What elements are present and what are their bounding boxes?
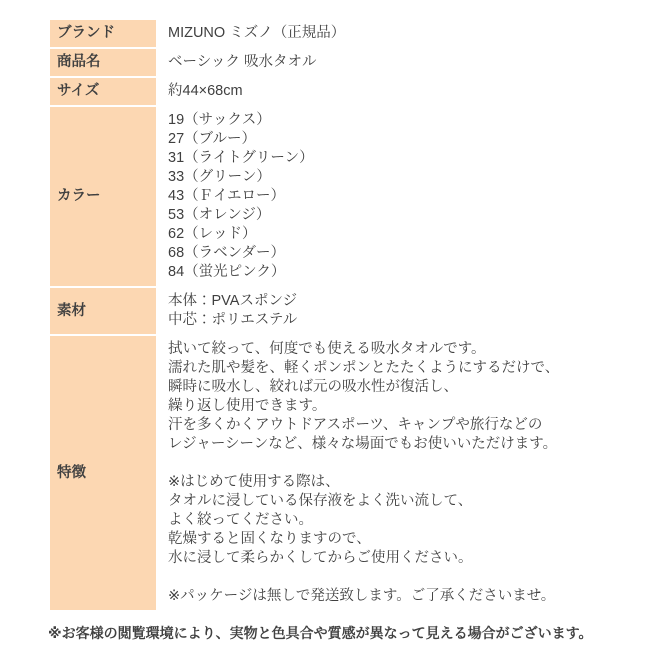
- spec-row: ブランドMIZUNO ミズノ（正規品）: [50, 20, 598, 47]
- spec-row-label: サイズ: [50, 78, 156, 105]
- spec-table-body: ブランドMIZUNO ミズノ（正規品）商品名ベーシック 吸水タオルサイズ約44×…: [50, 20, 598, 610]
- spec-row-value: MIZUNO ミズノ（正規品）: [158, 20, 598, 47]
- spec-row-label: 特徴: [50, 336, 156, 610]
- spec-row: サイズ約44×68cm: [50, 78, 598, 105]
- product-spec-table: ブランドMIZUNO ミズノ（正規品）商品名ベーシック 吸水タオルサイズ約44×…: [48, 18, 600, 612]
- spec-row-label: ブランド: [50, 20, 156, 47]
- spec-row: 商品名ベーシック 吸水タオル: [50, 49, 598, 76]
- spec-row-value: 拭いて絞って、何度でも使える吸水タオルです。 濡れた肌や髪を、軽くポンポンとたた…: [158, 336, 598, 610]
- spec-row-label: 素材: [50, 288, 156, 334]
- viewing-environment-footnote: ※お客様の閲覧環境により、実物と色具合や質感が異なって見える場合がございます。: [48, 624, 650, 643]
- spec-row-label: 商品名: [50, 49, 156, 76]
- spec-row: カラー19（サックス） 27（ブルー） 31（ライトグリーン） 33（グリーン）…: [50, 107, 598, 286]
- spec-row: 素材本体：PVAスポンジ 中芯：ポリエステル: [50, 288, 598, 334]
- spec-row-value: 本体：PVAスポンジ 中芯：ポリエステル: [158, 288, 598, 334]
- spec-row-value: 19（サックス） 27（ブルー） 31（ライトグリーン） 33（グリーン） 43…: [158, 107, 598, 286]
- spec-row: 特徴拭いて絞って、何度でも使える吸水タオルです。 濡れた肌や髪を、軽くポンポンと…: [50, 336, 598, 610]
- product-spec-page: ブランドMIZUNO ミズノ（正規品）商品名ベーシック 吸水タオルサイズ約44×…: [0, 0, 650, 650]
- spec-row-label: カラー: [50, 107, 156, 286]
- spec-row-value: ベーシック 吸水タオル: [158, 49, 598, 76]
- spec-row-value: 約44×68cm: [158, 78, 598, 105]
